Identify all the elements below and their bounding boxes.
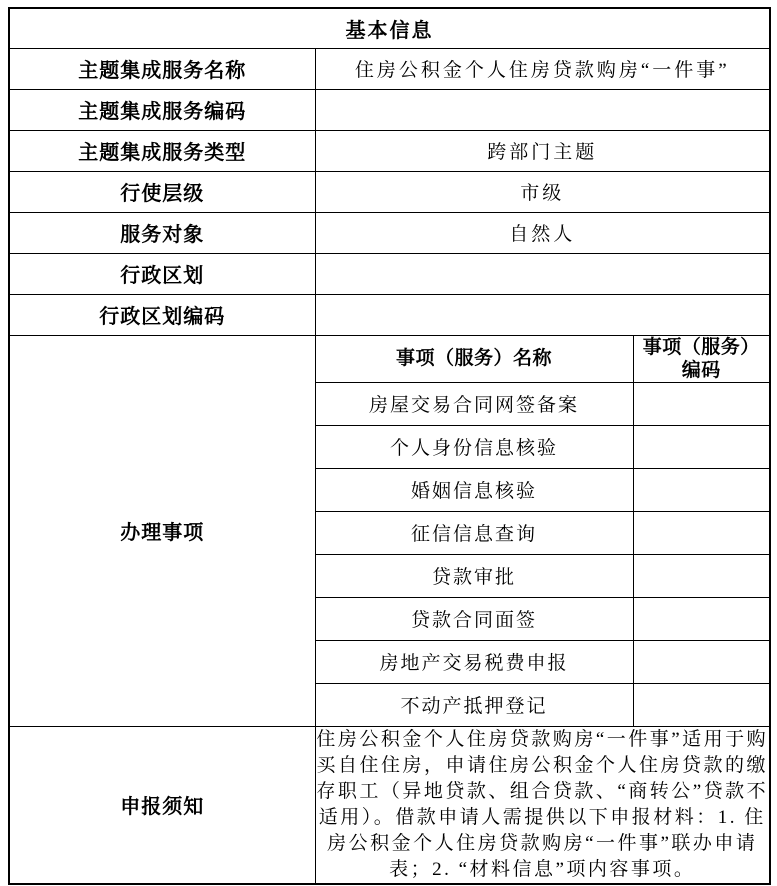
matter-name: 个人身份信息核验 bbox=[315, 425, 633, 468]
matters-name-header: 事项（服务）名称 bbox=[315, 335, 633, 382]
row-value-service-name: 住房公积金个人住房贷款购房“一件事” bbox=[315, 48, 770, 89]
row-value-service-object: 自然人 bbox=[315, 212, 770, 253]
basic-info-table: 基本信息 主题集成服务名称 住房公积金个人住房贷款购房“一件事” 主题集成服务编… bbox=[8, 7, 771, 885]
matters-label: 办理事项 bbox=[9, 335, 315, 726]
table-row: 服务对象 自然人 bbox=[9, 212, 770, 253]
row-value-exercise-level: 市级 bbox=[315, 171, 770, 212]
notice-row: 申报须知 住房公积金个人住房贷款购房“一件事”适用于购买自住住房，申请住房公积金… bbox=[9, 726, 770, 884]
table-row: 主题集成服务名称 住房公积金个人住房贷款购房“一件事” bbox=[9, 48, 770, 89]
row-value-admin-division bbox=[315, 253, 770, 294]
table-row: 行使层级 市级 bbox=[9, 171, 770, 212]
row-value-admin-division-code bbox=[315, 294, 770, 335]
row-label-admin-division: 行政区划 bbox=[9, 253, 315, 294]
matter-code bbox=[633, 683, 770, 726]
table-row: 行政区划编码 bbox=[9, 294, 770, 335]
matter-name: 房地产交易税费申报 bbox=[315, 640, 633, 683]
matters-code-header: 事项（服务）编码 bbox=[633, 335, 770, 382]
matter-code bbox=[633, 425, 770, 468]
matter-name: 不动产抵押登记 bbox=[315, 683, 633, 726]
matter-name: 贷款审批 bbox=[315, 554, 633, 597]
matter-name: 房屋交易合同网签备案 bbox=[315, 382, 633, 425]
row-label-admin-division-code: 行政区划编码 bbox=[9, 294, 315, 335]
matter-code bbox=[633, 640, 770, 683]
table-row: 行政区划 bbox=[9, 253, 770, 294]
row-value-service-code bbox=[315, 89, 770, 130]
matter-code bbox=[633, 468, 770, 511]
matter-code bbox=[633, 597, 770, 640]
notice-text: 住房公积金个人住房贷款购房“一件事”适用于购买自住住房，申请住房公积金个人住房贷… bbox=[315, 726, 770, 884]
matter-name: 征信信息查询 bbox=[315, 511, 633, 554]
table-row: 主题集成服务类型 跨部门主题 bbox=[9, 130, 770, 171]
document-page: 基本信息 主题集成服务名称 住房公积金个人住房贷款购房“一件事” 主题集成服务编… bbox=[0, 0, 777, 886]
row-label-service-type: 主题集成服务类型 bbox=[9, 130, 315, 171]
row-label-service-name: 主题集成服务名称 bbox=[9, 48, 315, 89]
matter-name: 贷款合同面签 bbox=[315, 597, 633, 640]
row-label-service-code: 主题集成服务编码 bbox=[9, 89, 315, 130]
table-title-row: 基本信息 bbox=[9, 8, 770, 48]
matter-code bbox=[633, 511, 770, 554]
matters-header-row: 办理事项 事项（服务）名称 事项（服务）编码 bbox=[9, 335, 770, 382]
table-row: 主题集成服务编码 bbox=[9, 89, 770, 130]
matter-code bbox=[633, 382, 770, 425]
matter-code bbox=[633, 554, 770, 597]
table-title: 基本信息 bbox=[9, 8, 770, 48]
row-label-exercise-level: 行使层级 bbox=[9, 171, 315, 212]
row-label-service-object: 服务对象 bbox=[9, 212, 315, 253]
matter-name: 婚姻信息核验 bbox=[315, 468, 633, 511]
row-value-service-type: 跨部门主题 bbox=[315, 130, 770, 171]
notice-label: 申报须知 bbox=[9, 726, 315, 884]
